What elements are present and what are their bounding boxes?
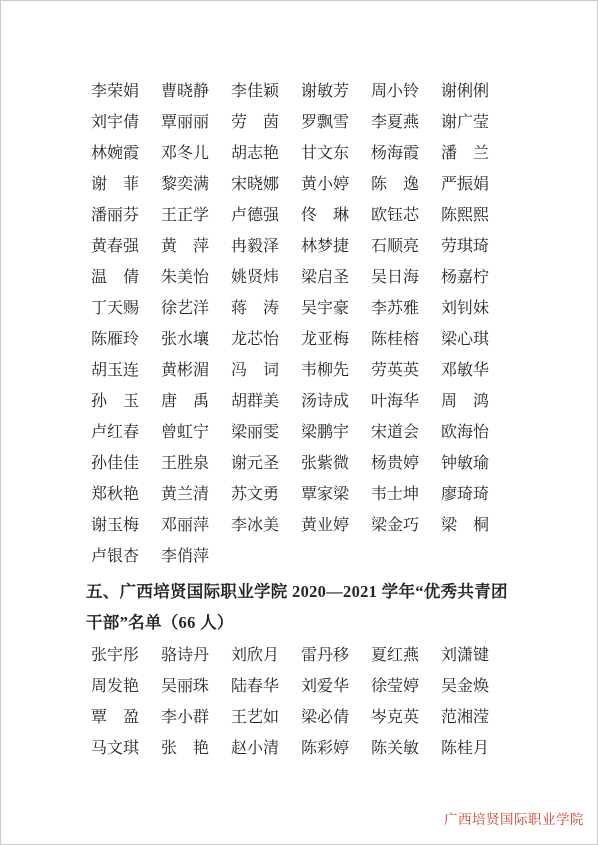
person-name: 杨贵婷 (371, 448, 419, 479)
roster-row: 潘丽芬王正学卢德强佟 琳欧钰芯陈熙熙 (91, 200, 597, 231)
person-name: 姚贤炜 (231, 262, 279, 293)
person-name: 张宇彤 (91, 640, 139, 671)
person-name: 周小铃 (371, 76, 419, 107)
person-name: 黎奕满 (161, 169, 209, 200)
person-name: 甘文东 (301, 138, 349, 169)
person-name: 陈彩婷 (301, 733, 349, 764)
person-name: 黄 萍 (161, 231, 209, 262)
award-name-list-section-5: 张宇彤骆诗丹刘欣月雷丹移夏红燕刘潇键周发艳吴丽珠陆春华刘爱华徐莹婷吴金焕覃 盈李… (91, 640, 597, 764)
roster-row: 覃 盈李小群王艺如梁必倩岑克英范湘滢 (91, 702, 597, 733)
person-name: 唐 禹 (161, 386, 209, 417)
person-name: 曹晓静 (161, 76, 209, 107)
person-name: 陈桂月 (441, 733, 489, 764)
person-name: 夏红燕 (371, 640, 419, 671)
person-name: 黄小婷 (301, 169, 349, 200)
person-name: 佟 琳 (301, 200, 349, 231)
person-name: 林梦捷 (301, 231, 349, 262)
person-name: 张紫微 (301, 448, 349, 479)
person-name: 王胜泉 (161, 448, 209, 479)
section-5-heading-line-2: 干部”名单（66 人） (86, 607, 597, 638)
person-name: 邓丽萍 (161, 510, 209, 541)
person-name: 梁必倩 (301, 702, 349, 733)
person-name: 岑克英 (371, 702, 419, 733)
person-name: 杨海霞 (371, 138, 419, 169)
person-name: 李俏萍 (161, 541, 209, 572)
person-name: 范湘滢 (441, 702, 489, 733)
person-name: 刘宇倩 (91, 107, 139, 138)
person-name: 石顺亮 (371, 231, 419, 262)
roster-row: 孙佳佳王胜泉谢元圣张紫微杨贵婷钟敏瑜 (91, 448, 597, 479)
person-name: 谢玉梅 (91, 510, 139, 541)
document-content: 李荣娟曹晓静李佳颖谢敏芳周小铃谢俐俐刘宇倩覃丽丽劳 茵罗飘雪李夏燕谢广莹林婉霞邓… (1, 1, 597, 764)
person-name: 杨嘉柠 (441, 262, 489, 293)
person-name: 覃家梁 (301, 479, 349, 510)
person-name: 黄彬湄 (161, 355, 209, 386)
person-name: 李小群 (161, 702, 209, 733)
person-name: 梁心琪 (441, 324, 489, 355)
person-name: 梁 桐 (441, 510, 489, 541)
person-name: 苏文勇 (231, 479, 279, 510)
person-name: 李冰美 (231, 510, 279, 541)
section-5-heading-line-1: 五、广西培贤国际职业学院 2020—2021 学年“优秀共青团 (86, 576, 597, 607)
person-name: 罗飘雪 (301, 107, 349, 138)
person-name: 李荣娟 (91, 76, 139, 107)
person-name: 劳琪琦 (441, 231, 489, 262)
person-name: 徐莹婷 (371, 671, 419, 702)
person-name: 刘潇键 (441, 640, 489, 671)
person-name: 吴丽珠 (161, 671, 209, 702)
person-name: 黄春强 (91, 231, 139, 262)
person-name: 韦柳先 (301, 355, 349, 386)
person-name: 宋晓娜 (231, 169, 279, 200)
person-name: 龙亚梅 (301, 324, 349, 355)
person-name: 郑秋艳 (91, 479, 139, 510)
person-name: 欧海怡 (441, 417, 489, 448)
roster-row: 陈雁玲张水壤龙芯怡龙亚梅陈桂榕梁心琪 (91, 324, 597, 355)
person-name: 梁鹏宇 (301, 417, 349, 448)
person-name: 冉毅泽 (231, 231, 279, 262)
person-name: 陈 逸 (371, 169, 419, 200)
person-name: 龙芯怡 (231, 324, 279, 355)
person-name: 宋道会 (371, 417, 419, 448)
person-name: 韦士坤 (371, 479, 419, 510)
person-name: 谢广莹 (441, 107, 489, 138)
person-name: 张 艳 (161, 733, 209, 764)
person-name: 吴宇豪 (301, 293, 349, 324)
person-name: 朱美怡 (161, 262, 209, 293)
roster-row: 郑秋艳黄兰清苏文勇覃家梁韦士坤廖琦琦 (91, 479, 597, 510)
roster-row: 黄春强黄 萍冉毅泽林梦捷石顺亮劳琪琦 (91, 231, 597, 262)
person-name: 黄兰清 (161, 479, 209, 510)
person-name: 谢敏芳 (301, 76, 349, 107)
person-name: 胡玉连 (91, 355, 139, 386)
person-name: 覃 盈 (91, 702, 139, 733)
person-name: 周发艳 (91, 671, 139, 702)
person-name: 谢 菲 (91, 169, 139, 200)
roster-row: 丁天赐徐艺洋蒋 涛吴宇豪李苏雅刘钊妹 (91, 293, 597, 324)
person-name: 张水壤 (161, 324, 209, 355)
person-name: 梁金巧 (371, 510, 419, 541)
person-name: 温 倩 (91, 262, 139, 293)
person-name: 梁启圣 (301, 262, 349, 293)
person-name: 潘 兰 (441, 138, 489, 169)
person-name: 梁丽雯 (231, 417, 279, 448)
person-name: 严振娟 (441, 169, 489, 200)
person-name: 潘丽芬 (91, 200, 139, 231)
roster-row: 温 倩朱美怡姚贤炜梁启圣吴日海杨嘉柠 (91, 262, 597, 293)
roster-row: 谢 菲黎奕满宋晓娜黄小婷陈 逸严振娟 (91, 169, 597, 200)
person-name: 钟敏瑜 (441, 448, 489, 479)
section-5-heading: 五、广西培贤国际职业学院 2020—2021 学年“优秀共青团 干部”名单（66… (86, 576, 597, 638)
person-name: 吴日海 (371, 262, 419, 293)
person-name: 王艺如 (231, 702, 279, 733)
person-name: 陈关敏 (371, 733, 419, 764)
person-name: 陈雁玲 (91, 324, 139, 355)
person-name: 雷丹移 (301, 640, 349, 671)
person-name: 吴金焕 (441, 671, 489, 702)
roster-row: 卢红春曾虹宁梁丽雯梁鹏宇宋道会欧海怡 (91, 417, 597, 448)
person-name: 卢红春 (91, 417, 139, 448)
page-footer-school-name: 广西培贤国际职业学院 (444, 811, 584, 829)
person-name: 卢德强 (231, 200, 279, 231)
person-name: 徐艺洋 (161, 293, 209, 324)
roster-row: 张宇彤骆诗丹刘欣月雷丹移夏红燕刘潇键 (91, 640, 597, 671)
person-name: 胡志艳 (231, 138, 279, 169)
roster-row: 孙 玉唐 禹胡群美汤诗成叶海华周 鸿 (91, 386, 597, 417)
roster-row: 胡玉连黄彬湄冯 词韦柳先劳英英邓敏华 (91, 355, 597, 386)
person-name: 曾虹宁 (161, 417, 209, 448)
roster-row: 刘宇倩覃丽丽劳 茵罗飘雪李夏燕谢广莹 (91, 107, 597, 138)
person-name: 胡群美 (231, 386, 279, 417)
person-name: 欧钰芯 (371, 200, 419, 231)
person-name: 覃丽丽 (161, 107, 209, 138)
person-name: 邓冬儿 (161, 138, 209, 169)
person-name: 廖琦琦 (441, 479, 489, 510)
person-name: 谢俐俐 (441, 76, 489, 107)
person-name: 卢银杏 (91, 541, 139, 572)
roster-row: 卢银杏李俏萍 (91, 541, 597, 572)
person-name: 陈桂榕 (371, 324, 419, 355)
person-name: 赵小清 (231, 733, 279, 764)
roster-row: 谢玉梅邓丽萍李冰美黄业婷梁金巧梁 桐 (91, 510, 597, 541)
person-name: 蒋 涛 (231, 293, 279, 324)
person-name: 劳英英 (371, 355, 419, 386)
person-name: 冯 词 (231, 355, 279, 386)
roster-row: 马文琪张 艳赵小清陈彩婷陈关敏陈桂月 (91, 733, 597, 764)
person-name: 马文琪 (91, 733, 139, 764)
person-name: 丁天赐 (91, 293, 139, 324)
person-name: 刘欣月 (231, 640, 279, 671)
person-name: 林婉霞 (91, 138, 139, 169)
person-name: 周 鸿 (441, 386, 489, 417)
person-name: 陈熙熙 (441, 200, 489, 231)
person-name: 刘爱华 (301, 671, 349, 702)
roster-row: 林婉霞邓冬儿胡志艳甘文东杨海霞潘 兰 (91, 138, 597, 169)
person-name: 劳 茵 (231, 107, 279, 138)
person-name: 李苏雅 (371, 293, 419, 324)
document-page: 李荣娟曹晓静李佳颖谢敏芳周小铃谢俐俐刘宇倩覃丽丽劳 茵罗飘雪李夏燕谢广莹林婉霞邓… (0, 0, 598, 845)
person-name: 李夏燕 (371, 107, 419, 138)
person-name: 孙佳佳 (91, 448, 139, 479)
person-name: 叶海华 (371, 386, 419, 417)
person-name: 王正学 (161, 200, 209, 231)
roster-row: 李荣娟曹晓静李佳颖谢敏芳周小铃谢俐俐 (91, 76, 597, 107)
person-name: 黄业婷 (301, 510, 349, 541)
person-name: 孙 玉 (91, 386, 139, 417)
person-name: 谢元圣 (231, 448, 279, 479)
person-name: 刘钊妹 (441, 293, 489, 324)
roster-row: 周发艳吴丽珠陆春华刘爱华徐莹婷吴金焕 (91, 671, 597, 702)
person-name: 陆春华 (231, 671, 279, 702)
award-name-list-previous-section: 李荣娟曹晓静李佳颖谢敏芳周小铃谢俐俐刘宇倩覃丽丽劳 茵罗飘雪李夏燕谢广莹林婉霞邓… (91, 76, 597, 572)
person-name: 骆诗丹 (161, 640, 209, 671)
person-name: 汤诗成 (301, 386, 349, 417)
person-name: 李佳颖 (231, 76, 279, 107)
person-name: 邓敏华 (441, 355, 489, 386)
